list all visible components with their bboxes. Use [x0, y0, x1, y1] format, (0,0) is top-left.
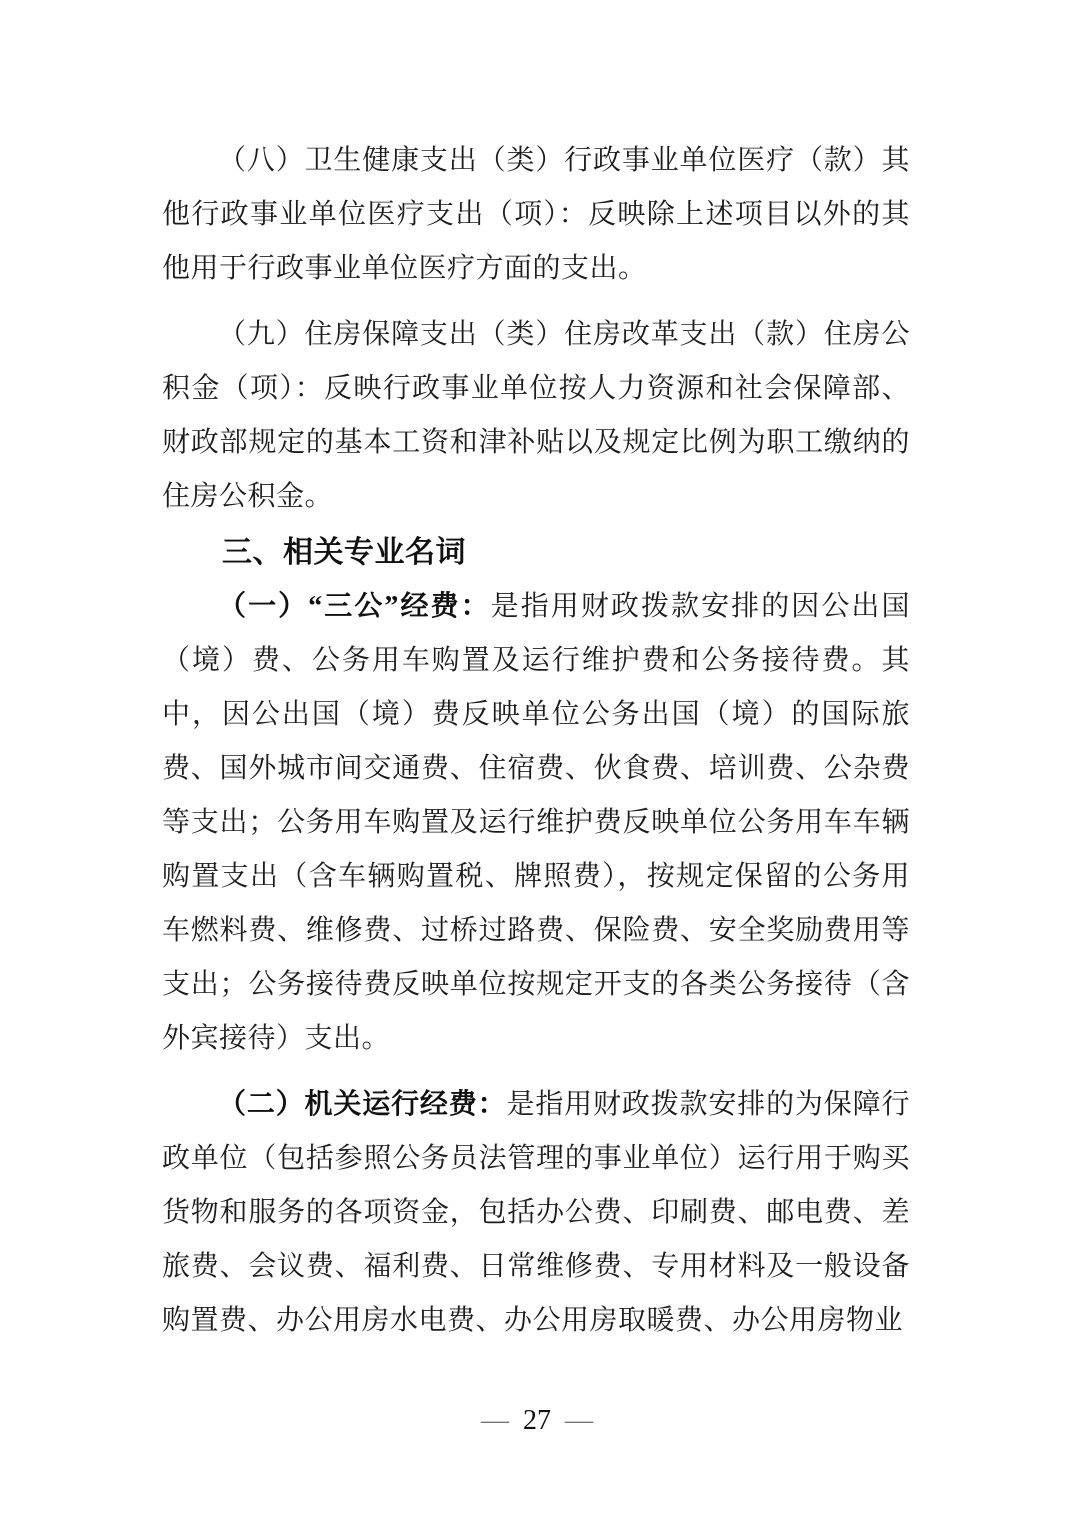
paragraph-three-public-funds: （一）“三公”经费：是指用财政拨款安排的因公出国（境）费、公务用车购置及运行维护…: [162, 580, 910, 1066]
section-heading-related-terms: 三、相关专业名词: [162, 526, 910, 580]
document-content: （八）卫生健康支出（类）行政事业单位医疗（款）其他行政事业单位医疗支出（项）：反…: [162, 134, 910, 1348]
term-body-agency-operating-funds: 是指用财政拨款安排的为保障行政单位（包括参照公务员法管理的事业单位）运行用于购买…: [162, 1089, 910, 1336]
footer-left-dash: —: [481, 1405, 509, 1436]
document-page: （八）卫生健康支出（类）行政事业单位医疗（款）其他行政事业单位医疗支出（项）：反…: [0, 0, 1074, 1520]
term-lead-agency-operating-funds: （二）机关运行经费：: [218, 1089, 506, 1120]
page-footer: —27—: [0, 1404, 1074, 1438]
footer-right-dash: —: [565, 1405, 593, 1436]
term-body-three-public-funds: 是指用财政拨款安排的因公出国（境）费、公务用车购置及运行维护费和公务接待费。其中…: [162, 591, 910, 1054]
paragraph-agency-operating-funds: （二）机关运行经费：是指用财政拨款安排的为保障行政单位（包括参照公务员法管理的事…: [162, 1078, 910, 1348]
paragraph-housing-expenditure: （九）住房保障支出（类）住房改革支出（款）住房公积金（项）：反映行政事业单位按人…: [162, 308, 910, 524]
term-lead-three-public-funds: （一）“三公”经费：: [218, 591, 491, 622]
page-number: 27: [523, 1405, 551, 1436]
paragraph-health-expenditure: （八）卫生健康支出（类）行政事业单位医疗（款）其他行政事业单位医疗支出（项）：反…: [162, 134, 910, 296]
